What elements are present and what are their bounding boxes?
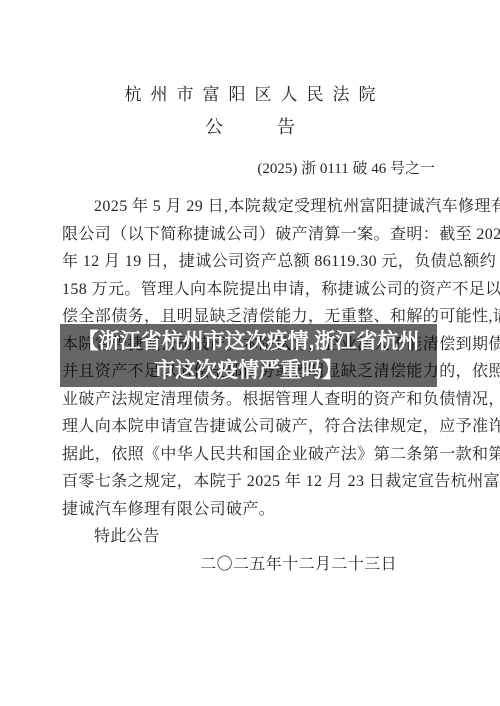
body-line: 理人向本院申请宣告捷诚公司破产，符合法律规定，应予准许。 [62, 413, 457, 441]
body-line: 捷诚汽车修理有限公司破产。 [62, 496, 457, 524]
body-line: 据此，依照《中华人民共和国企业破产法》第二条第一款和第一 [62, 441, 457, 469]
announcement-date: 二〇二五年十二月二十三日 [62, 551, 457, 579]
body-line: 2025 年 5 月 29 日,本院裁定受理杭州富阳捷诚汽车修理有 [62, 193, 457, 221]
watermark-overlay-band: 【浙江省杭州市这次疫情,浙江省杭州 市这次疫情严重吗】 [60, 324, 437, 387]
court-announcement-page: 杭州市富阳区人民法院 公告 (2025) 浙 0111 破 46 号之一 202… [0, 0, 500, 706]
court-name-title: 杭州市富阳区人民法院 [0, 84, 500, 106]
watermark-text-line1: 【浙江省杭州市这次疫情,浙江省杭州 [78, 327, 420, 356]
body-line: 158 万元。管理人向本院提出申请，称捷诚公司的资产不足以清 [62, 276, 457, 304]
case-number: (2025) 浙 0111 破 46 号之一 [62, 159, 435, 179]
watermark-text-line2: 市这次疫情严重吗】 [154, 356, 343, 385]
body-line: 限公司（以下简称捷诚公司）破产清算一案。查明：截至 2025 [62, 221, 457, 249]
body-line: 年 12 月 19 日，捷诚公司资产总额 86119.30 元，负债总额约 [62, 248, 457, 276]
body-line: 业破产法规定清理债务。根据管理人查明的资产和负债情况，管 [62, 386, 457, 414]
body-line: 百零七条之规定，本院于 2025 年 12 月 23 日裁定宣告杭州富阳 [62, 468, 457, 496]
closing-line: 特此公告 [62, 523, 457, 551]
announcement-title: 公告 [0, 115, 500, 139]
